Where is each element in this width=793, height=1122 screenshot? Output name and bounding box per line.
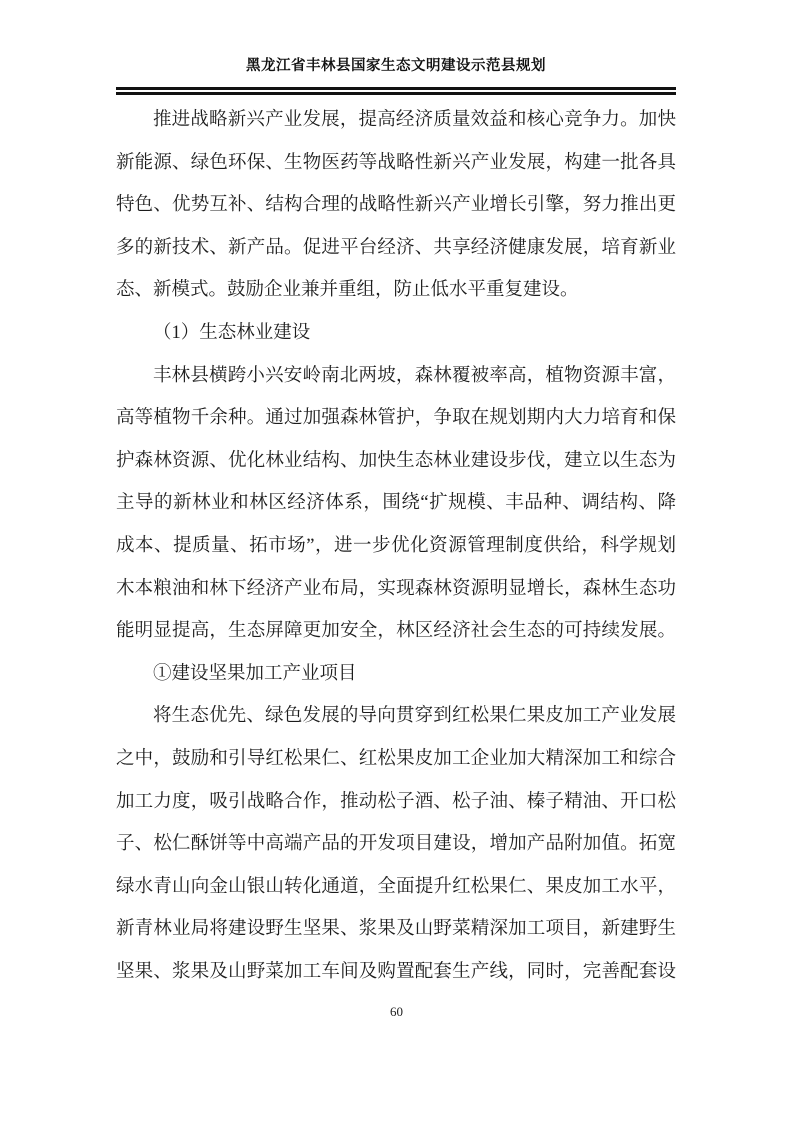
text-line: 新青林业局将建设野生坚果、浆果及山野菜精深加工项目，新建野生 bbox=[116, 908, 676, 951]
text-line: 主导的新林业和林区经济体系，围绕“扩规模、丰品种、调结构、降 bbox=[116, 482, 676, 525]
text-line: 木本粮油和林下经济产业布局，实现森林资源明显增长，森林生态功 bbox=[116, 568, 676, 611]
text-line: 加工力度，吸引战略合作，推动松子酒、松子油、榛子精油、开口松 bbox=[116, 781, 676, 824]
text-line: 坚果、浆果及山野菜加工车间及购置配套生产线，同时，完善配套设 bbox=[116, 951, 676, 994]
header-double-rule bbox=[116, 87, 676, 95]
text-line: 丰林县横跨小兴安岭南北两坡，森林覆被率高，植物资源丰富， bbox=[116, 355, 676, 398]
header-title: 黑龙江省丰林县国家生态文明建设示范县规划 bbox=[116, 54, 676, 75]
text-line: 态、新模式。鼓励企业兼并重组，防止低水平重复建设。 bbox=[116, 269, 676, 312]
page-footer: 60 bbox=[0, 1004, 793, 1020]
text-line: 特色、优势互补、结构合理的战略性新兴产业增长引擎，努力推出更 bbox=[116, 184, 676, 227]
text-line: 子、松仁酥饼等中高端产品的开发项目建设，增加产品附加值。拓宽 bbox=[116, 823, 676, 866]
text-line: 推进战略新兴产业发展，提高经济质量效益和核心竞争力。加快 bbox=[116, 99, 676, 142]
page-number: 60 bbox=[390, 1004, 403, 1019]
text-line: 新能源、绿色环保、生物医药等战略性新兴产业发展，构建一批各具 bbox=[116, 142, 676, 185]
text-line: 多的新技术、新产品。促进平台经济、共享经济健康发展，培育新业 bbox=[116, 227, 676, 270]
text-line: 绿水青山向金山银山转化通道，全面提升红松果仁、果皮加工水平， bbox=[116, 866, 676, 909]
document-page: 黑龙江省丰林县国家生态文明建设示范县规划 推进战略新兴产业发展，提高经济质量效益… bbox=[0, 0, 793, 1122]
text-line: 将生态优先、绿色发展的导向贯穿到红松果仁果皮加工产业发展 bbox=[116, 695, 676, 738]
text-line: 护森林资源、优化林业结构、加快生态林业建设步伐，建立以生态为 bbox=[116, 440, 676, 483]
text-line: 成本、提质量、拓市场”，进一步优化资源管理制度供给，科学规划 bbox=[116, 525, 676, 568]
document-body: 推进战略新兴产业发展，提高经济质量效益和核心竞争力。加快 新能源、绿色环保、生物… bbox=[116, 99, 676, 993]
section-heading-nut-processing: ①建设坚果加工产业项目 bbox=[116, 653, 676, 696]
section-heading-ecological-forestry: （1）生态林业建设 bbox=[116, 312, 676, 355]
text-line: 之中，鼓励和引导红松果仁、红松果皮加工企业加大精深加工和综合 bbox=[116, 738, 676, 781]
text-line: 能明显提高，生态屏障更加安全，林区经济社会生态的可持续发展。 bbox=[116, 610, 676, 653]
text-line: 高等植物千余种。通过加强森林管护，争取在规划期内大力培育和保 bbox=[116, 397, 676, 440]
page-header: 黑龙江省丰林县国家生态文明建设示范县规划 bbox=[116, 0, 676, 95]
